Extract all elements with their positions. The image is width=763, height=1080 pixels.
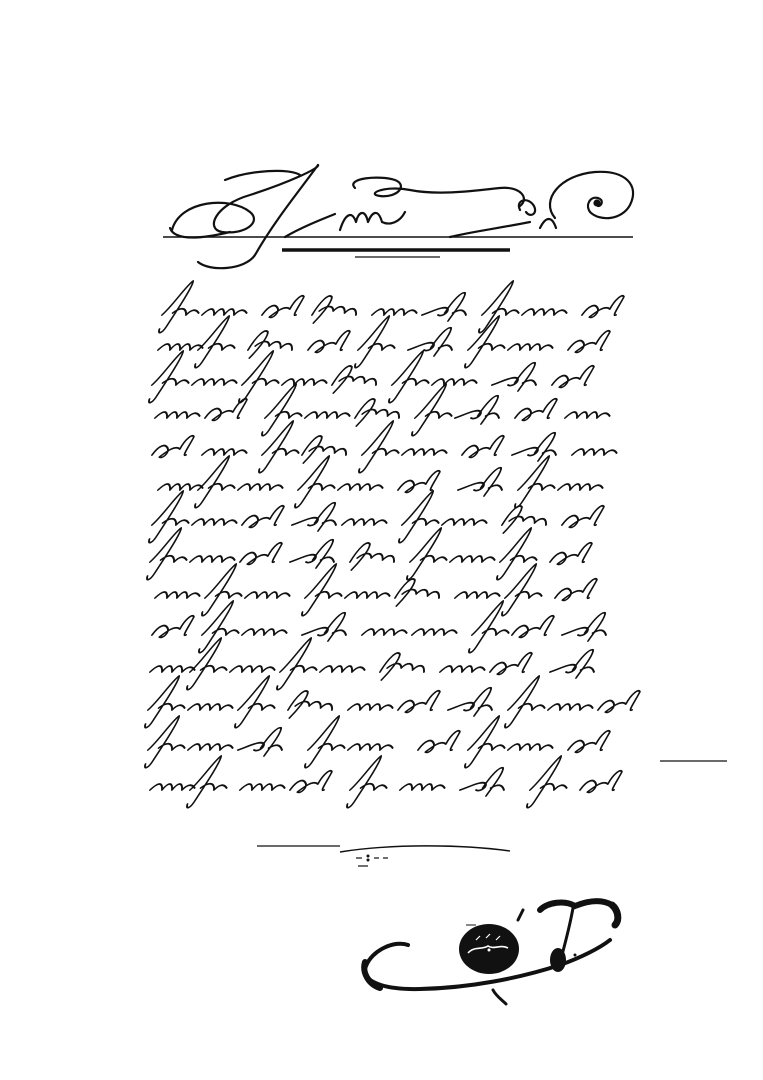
signature-block <box>0 0 763 1080</box>
document-page <box>0 0 763 1080</box>
round-seal <box>459 924 519 974</box>
